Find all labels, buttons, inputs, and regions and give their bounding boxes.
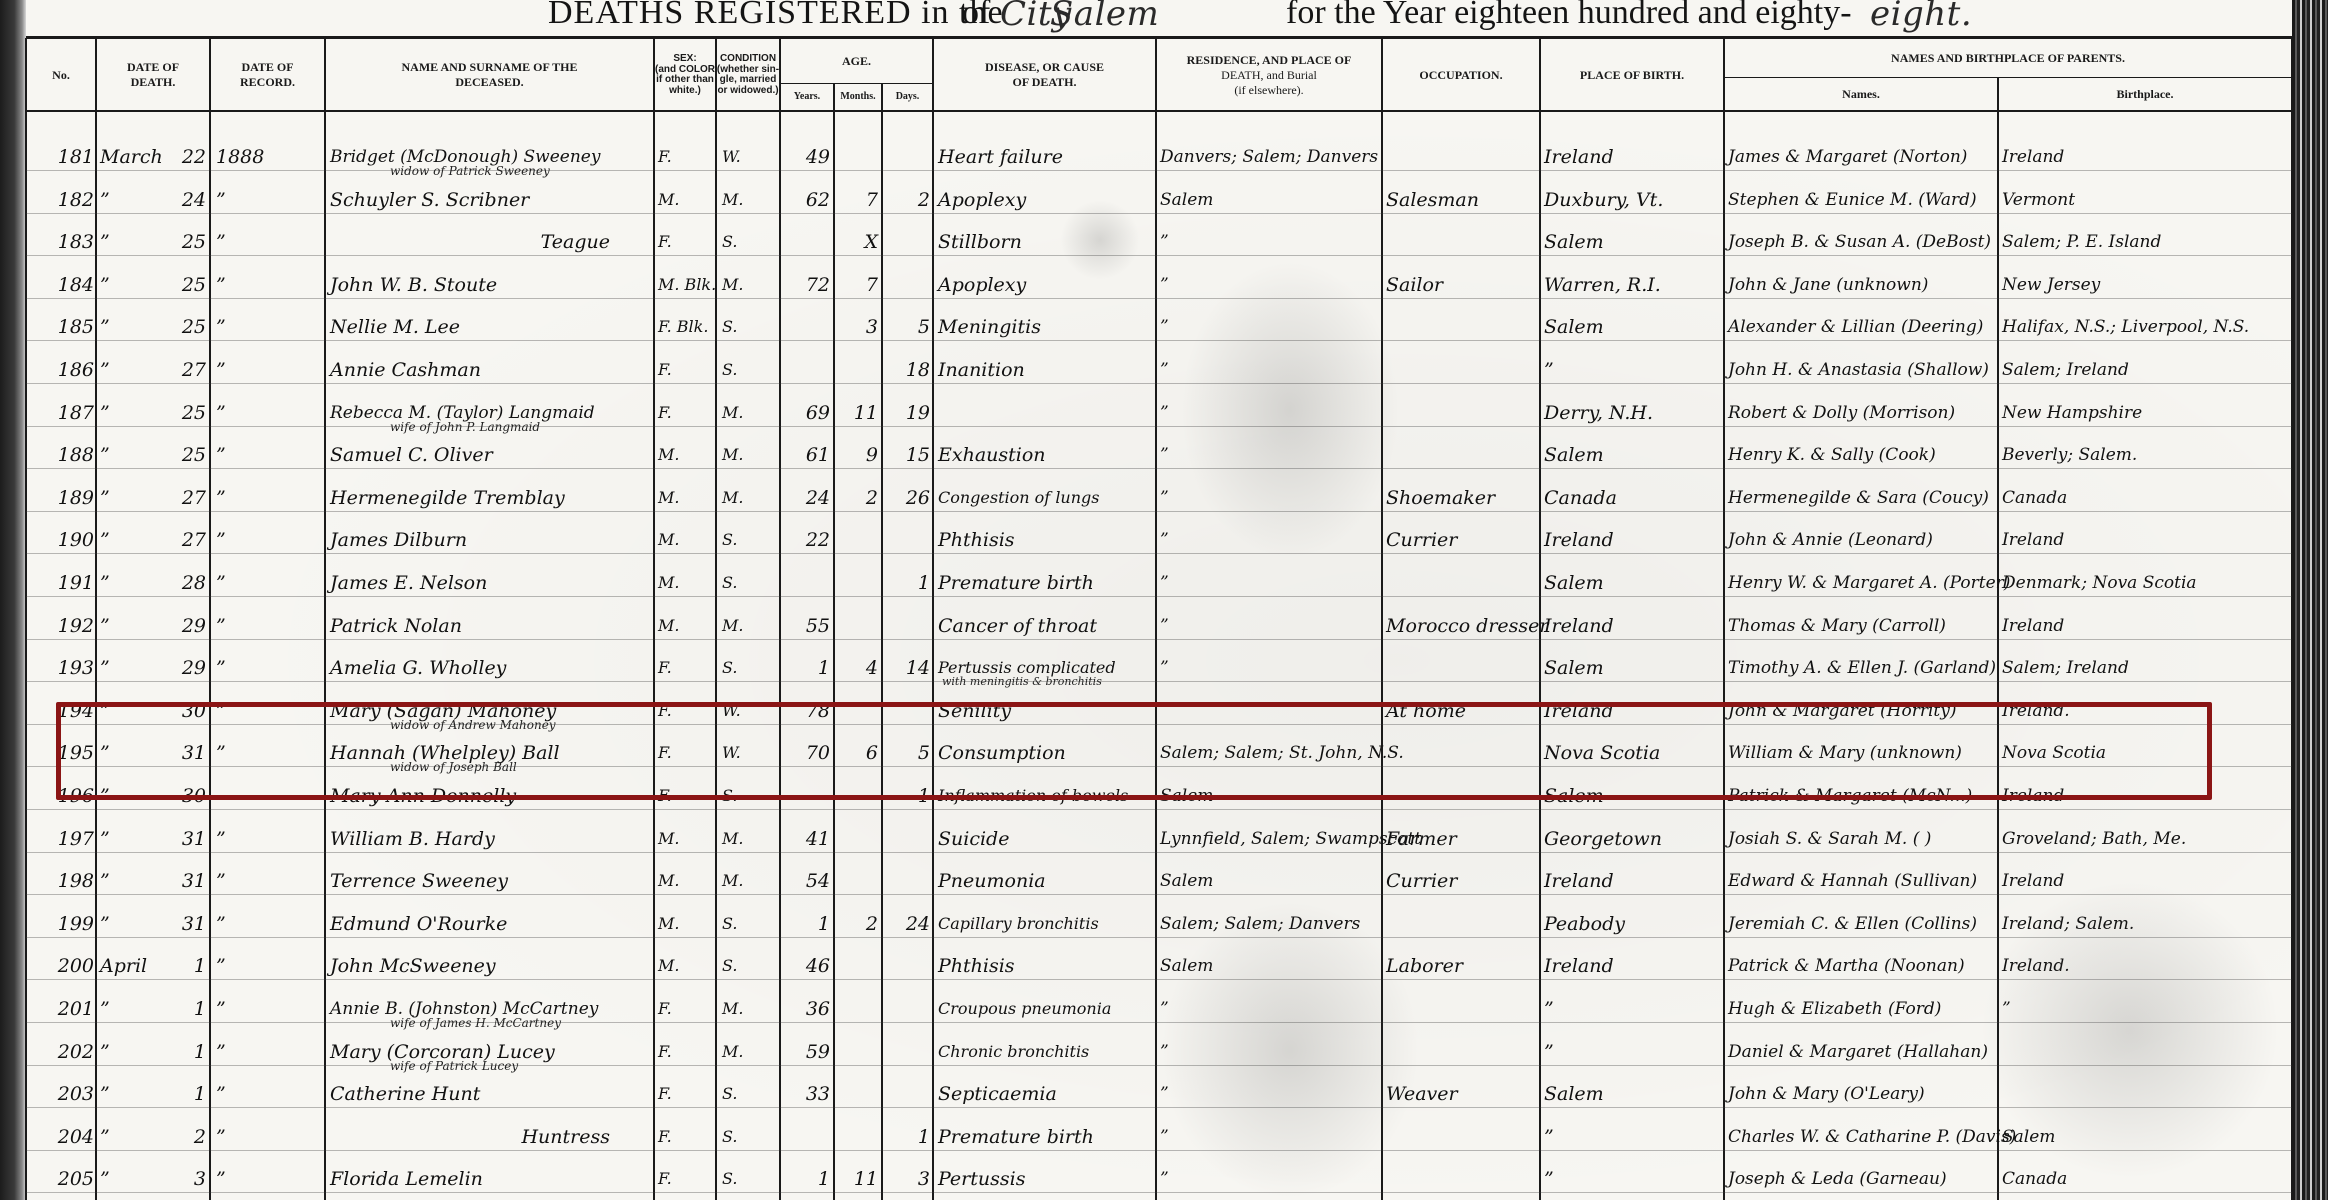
register-entry-row: 199”31”Edmund O'RourkeM.S.1224Capillary …	[0, 903, 2292, 945]
age-days	[882, 1031, 930, 1073]
residence: Salem	[1160, 860, 1380, 902]
entry-number: 195	[26, 732, 94, 774]
death-month: ”	[100, 1031, 160, 1073]
sex: M.	[658, 179, 714, 221]
entry-number: 194	[26, 690, 94, 732]
death-month: ”	[100, 903, 160, 945]
age-years: 36	[780, 988, 830, 1030]
cause-of-death: Inflammation of bowels	[938, 775, 1153, 817]
register-entry-row: 193”29”Amelia G. WholleyF.S.1414Pertussi…	[0, 647, 2292, 689]
entry-number: 185	[26, 306, 94, 348]
age-months	[834, 519, 878, 561]
condition: W.	[722, 136, 778, 178]
age-years: 49	[780, 136, 830, 178]
title-printed-of: of	[962, 0, 990, 32]
residence: ”	[1160, 519, 1380, 561]
occupation: Laborer	[1386, 945, 1538, 987]
register-entry-row: 182”24”Schuyler S. ScribnerM.M.6272Apopl…	[0, 179, 2292, 221]
age-years: 69	[780, 392, 830, 434]
cause-of-death: Inanition	[938, 349, 1153, 391]
deceased-name: Catherine Hunt	[330, 1073, 650, 1115]
record-date: ”	[216, 477, 316, 519]
death-day: 25	[160, 264, 206, 306]
parents-birthplace: Vermont	[2002, 179, 2290, 221]
age-days: 14	[882, 647, 930, 689]
death-month: ”	[100, 1073, 160, 1115]
register-entry-row: 189”27”Hermenegilde TremblayM.M.24226Con…	[0, 477, 2292, 519]
residence: Salem; Salem; St. John, N.S.	[1160, 732, 1380, 774]
residence: ”	[1160, 434, 1380, 476]
entry-number: 199	[26, 903, 94, 945]
death-month: ”	[100, 690, 160, 732]
residence: ”	[1160, 221, 1380, 263]
cause-of-death: Cancer of throat	[938, 605, 1153, 647]
title-printed-1: DEATHS REGISTERED in the	[548, 0, 1004, 32]
place-of-birth: Salem	[1544, 221, 1722, 263]
occupation	[1386, 136, 1538, 178]
deceased-name: Florida Lemelin	[330, 1158, 650, 1200]
condition: S.	[722, 1158, 778, 1200]
record-date: ”	[216, 519, 316, 561]
parents-names: Joseph B. & Susan A. (DeBost)	[1728, 221, 1996, 263]
age-days: 24	[882, 903, 930, 945]
parents-birthplace: Salem; P. E. Island	[2002, 221, 2290, 263]
death-month: ”	[100, 306, 160, 348]
deceased-name: Terrence Sweeney	[330, 860, 650, 902]
death-month: ”	[100, 775, 160, 817]
residence: Salem	[1160, 775, 1380, 817]
record-date: ”	[216, 945, 316, 987]
place-of-birth: Ireland	[1544, 605, 1722, 647]
sex: M.	[658, 903, 714, 945]
cause-of-death: Phthisis	[938, 945, 1153, 987]
condition: W.	[722, 690, 778, 732]
condition: M.	[722, 179, 778, 221]
parents-birthplace: Ireland	[2002, 136, 2290, 178]
parents-names: John & Mary (O'Leary)	[1728, 1073, 1996, 1115]
parents-names: Hermenegilde & Sara (Coucy)	[1728, 477, 1996, 519]
occupation: Weaver	[1386, 1073, 1538, 1115]
condition: M.	[722, 988, 778, 1030]
death-month: ”	[100, 1116, 160, 1158]
cause-of-death: Premature birth	[938, 562, 1153, 604]
header-date-of-record: DATE OFRECORD.	[210, 40, 325, 110]
age-months: 3	[834, 306, 878, 348]
death-month: ”	[100, 1158, 160, 1200]
occupation	[1386, 775, 1538, 817]
record-date: ”	[216, 988, 316, 1030]
register-entry-row: 200April1”John McSweeneyM.S.46PhthisisSa…	[0, 945, 2292, 987]
cause-of-death: Apoplexy	[938, 179, 1153, 221]
register-entry-row: 184”25”John W. B. StouteM. Blk.M.727Apop…	[0, 264, 2292, 306]
parents-birthplace: ”	[2002, 988, 2290, 1030]
death-day: 25	[160, 392, 206, 434]
death-day: 31	[160, 732, 206, 774]
title-hand-year: eight.	[1870, 0, 1972, 34]
age-years	[780, 306, 830, 348]
age-days	[882, 221, 930, 263]
sex: F.	[658, 647, 714, 689]
parents-names: John H. & Anastasia (Shallow)	[1728, 349, 1996, 391]
sex: M.	[658, 477, 714, 519]
condition: S.	[722, 775, 778, 817]
death-day: 30	[160, 775, 206, 817]
age-months: 11	[834, 1158, 878, 1200]
place-of-birth: ”	[1544, 988, 1722, 1030]
header-occupation: OCCUPATION.	[1382, 40, 1540, 110]
residence: ”	[1160, 392, 1380, 434]
age-days: 5	[882, 306, 930, 348]
place-of-birth: Salem	[1544, 562, 1722, 604]
deceased-name: Samuel C. Oliver	[330, 434, 650, 476]
header-condition: CONDITION(whether sin-gle, marriedor wid…	[716, 40, 780, 110]
register-entry-row: 188”25”Samuel C. OliverM.M.61915Exhausti…	[0, 434, 2292, 476]
record-date: ”	[216, 1031, 316, 1073]
sex: M.	[658, 818, 714, 860]
occupation	[1386, 732, 1538, 774]
place-of-birth: Salem	[1544, 1073, 1722, 1115]
sex: F. Blk.	[658, 306, 714, 348]
occupation: Sailor	[1386, 264, 1538, 306]
death-day: 22	[160, 136, 206, 178]
death-month: ”	[100, 605, 160, 647]
register-entry-row: 205”3”Florida LemelinF.S.1113Pertussis””…	[0, 1158, 2292, 1200]
deceased-name: John McSweeney	[330, 945, 650, 987]
age-days	[882, 605, 930, 647]
register-entry-row: 191”28”James E. NelsonM.S.1Premature bir…	[0, 562, 2292, 604]
parents-birthplace: Salem; Ireland	[2002, 647, 2290, 689]
entry-number: 186	[26, 349, 94, 391]
book-binding-right	[2292, 0, 2328, 1200]
entry-number: 188	[26, 434, 94, 476]
entry-number: 202	[26, 1031, 94, 1073]
age-months: 2	[834, 903, 878, 945]
deceased-name: Huntress	[330, 1116, 650, 1158]
death-day: 29	[160, 647, 206, 689]
death-day: 3	[160, 1158, 206, 1200]
place-of-birth: Ireland	[1544, 519, 1722, 561]
parents-names: John & Annie (Leonard)	[1728, 519, 1996, 561]
parents-names: William & Mary (unknown)	[1728, 732, 1996, 774]
cause-of-death: Apoplexy	[938, 264, 1153, 306]
parents-names: John & Jane (unknown)	[1728, 264, 1996, 306]
age-days: 3	[882, 1158, 930, 1200]
condition: S.	[722, 1073, 778, 1115]
residence: ”	[1160, 477, 1380, 519]
age-months: 6	[834, 732, 878, 774]
register-entry-row: 183”25”TeagueF.S.XStillborn”SalemJoseph …	[0, 221, 2292, 263]
register-entry-row: 194”30”Mary (Sagan) MahoneyF.W.78Senilit…	[0, 690, 2292, 732]
deceased-name: Schuyler S. Scribner	[330, 179, 650, 221]
parents-birthplace: New Hampshire	[2002, 392, 2290, 434]
sex: F.	[658, 988, 714, 1030]
deceased-name: Hermenegilde Tremblay	[330, 477, 650, 519]
death-day: 1	[160, 1073, 206, 1115]
deceased-name: Edmund O'Rourke	[330, 903, 650, 945]
parents-names: Jeremiah C. & Ellen (Collins)	[1728, 903, 1996, 945]
parents-names: Stephen & Eunice M. (Ward)	[1728, 179, 1996, 221]
residence: ”	[1160, 1031, 1380, 1073]
entry-number: 204	[26, 1116, 94, 1158]
age-months	[834, 136, 878, 178]
age-months	[834, 860, 878, 902]
age-years: 54	[780, 860, 830, 902]
sex: F.	[658, 1158, 714, 1200]
residence: ”	[1160, 264, 1380, 306]
age-months: X	[834, 221, 878, 263]
residence	[1160, 690, 1380, 732]
parents-birthplace: Ireland.	[2002, 690, 2290, 732]
parents-birthplace	[2002, 1031, 2290, 1073]
age-months	[834, 349, 878, 391]
sex: F.	[658, 392, 714, 434]
place-of-birth: Salem	[1544, 306, 1722, 348]
death-day: 24	[160, 179, 206, 221]
occupation: Farmer	[1386, 818, 1538, 860]
occupation	[1386, 221, 1538, 263]
place-of-birth: Ireland	[1544, 690, 1722, 732]
parents-names: Thomas & Mary (Carroll)	[1728, 605, 1996, 647]
death-month: ”	[100, 392, 160, 434]
parents-birthplace: Salem; Ireland	[2002, 349, 2290, 391]
parents-names: Robert & Dolly (Morrison)	[1728, 392, 1996, 434]
place-of-birth: ”	[1544, 1116, 1722, 1158]
place-of-birth: Ireland	[1544, 136, 1722, 178]
deceased-name: James E. Nelson	[330, 562, 650, 604]
header-bottom-rule	[26, 110, 2292, 112]
parents-birthplace: Salem	[2002, 1116, 2290, 1158]
register-entry-row: 195”31”Hannah (Whelpley) BallF.W.7065Con…	[0, 732, 2292, 774]
record-date: ”	[216, 434, 316, 476]
cause-of-death-note: with meningitis & bronchitis	[942, 675, 1102, 688]
parents-birthplace	[2002, 1073, 2290, 1115]
header-date-of-death: DATE OFDEATH.	[96, 40, 210, 110]
place-of-birth: Duxbury, Vt.	[1544, 179, 1722, 221]
entry-number: 187	[26, 392, 94, 434]
record-date	[216, 775, 316, 817]
place-of-birth: ”	[1544, 349, 1722, 391]
register-entry-row: 196”30Mary Ann DonnellyF.S.1Inflammation…	[0, 775, 2292, 817]
age-days	[882, 690, 930, 732]
sex: M.	[658, 945, 714, 987]
death-day: 27	[160, 349, 206, 391]
condition: M.	[722, 1031, 778, 1073]
parents-birthplace: Ireland.	[2002, 945, 2290, 987]
deceased-name: Teague	[330, 221, 650, 263]
age-years: 59	[780, 1031, 830, 1073]
condition: S.	[722, 562, 778, 604]
parents-names: Josiah S. & Sarah M. ( )	[1728, 818, 1996, 860]
deceased-name: John W. B. Stoute	[330, 264, 650, 306]
entry-number: 191	[26, 562, 94, 604]
age-years: 72	[780, 264, 830, 306]
register-entry-row: 192”29”Patrick NolanM.M.55Cancer of thro…	[0, 605, 2292, 647]
age-months	[834, 1031, 878, 1073]
sex: F.	[658, 1031, 714, 1073]
age-days: 1	[882, 775, 930, 817]
record-date: ”	[216, 647, 316, 689]
parents-birthplace: Ireland	[2002, 775, 2290, 817]
sex: M.	[658, 605, 714, 647]
place-of-birth: Salem	[1544, 647, 1722, 689]
place-of-birth: Ireland	[1544, 860, 1722, 902]
condition: M.	[722, 860, 778, 902]
age-years	[780, 1116, 830, 1158]
occupation	[1386, 647, 1538, 689]
parents-birthplace: Ireland	[2002, 860, 2290, 902]
death-day: 25	[160, 434, 206, 476]
record-date: ”	[216, 306, 316, 348]
death-day: 1	[160, 945, 206, 987]
place-of-birth: Derry, N.H.	[1544, 392, 1722, 434]
death-day: 27	[160, 519, 206, 561]
age-days	[882, 1073, 930, 1115]
occupation	[1386, 1031, 1538, 1073]
entry-number: 193	[26, 647, 94, 689]
record-date: ”	[216, 732, 316, 774]
record-date: ”	[216, 1116, 316, 1158]
age-days	[882, 519, 930, 561]
death-day: 29	[160, 605, 206, 647]
condition: S.	[722, 1116, 778, 1158]
parents-names: Joseph & Leda (Garneau)	[1728, 1158, 1996, 1200]
parents-names: Henry K. & Sally (Cook)	[1728, 434, 1996, 476]
condition: S.	[722, 945, 778, 987]
record-date: ”	[216, 264, 316, 306]
age-days: 18	[882, 349, 930, 391]
register-entry-row: 204”2”HuntressF.S.1Premature birth””Char…	[0, 1116, 2292, 1158]
parents-birthplace: Ireland	[2002, 605, 2290, 647]
age-days	[882, 860, 930, 902]
age-months	[834, 1116, 878, 1158]
death-month: ”	[100, 988, 160, 1030]
place-of-birth: Georgetown	[1544, 818, 1722, 860]
cause-of-death: Meningitis	[938, 306, 1153, 348]
age-years	[780, 775, 830, 817]
parents-birthplace: Beverly; Salem.	[2002, 434, 2290, 476]
age-years: 33	[780, 1073, 830, 1115]
death-month: March	[100, 136, 160, 178]
cause-of-death: Chronic bronchitis	[938, 1031, 1153, 1073]
cause-of-death: Pertussis	[938, 1158, 1153, 1200]
death-day: 28	[160, 562, 206, 604]
register-entry-row: 203”1”Catherine HuntF.S.33Septicaemia”We…	[0, 1073, 2292, 1115]
condition: S.	[722, 306, 778, 348]
death-day: 31	[160, 903, 206, 945]
age-years: 46	[780, 945, 830, 987]
deceased-name: Amelia G. Wholley	[330, 647, 650, 689]
death-month: ”	[100, 732, 160, 774]
age-years: 41	[780, 818, 830, 860]
condition: M.	[722, 818, 778, 860]
occupation	[1386, 988, 1538, 1030]
entry-number: 190	[26, 519, 94, 561]
residence: ”	[1160, 306, 1380, 348]
header-parents-names: Names.	[1724, 78, 1998, 110]
sex: M.	[658, 562, 714, 604]
age-months: 9	[834, 434, 878, 476]
death-month: ”	[100, 477, 160, 519]
death-day: 1	[160, 988, 206, 1030]
record-date: ”	[216, 562, 316, 604]
condition: S.	[722, 349, 778, 391]
parents-birthplace: New Jersey	[2002, 264, 2290, 306]
death-month: ”	[100, 264, 160, 306]
residence: Salem; Salem; Danvers	[1160, 903, 1380, 945]
occupation: Shoemaker	[1386, 477, 1538, 519]
sex: M. Blk.	[658, 264, 714, 306]
death-day: 25	[160, 306, 206, 348]
register-entry-row: 187”25”Rebecca M. (Taylor) LangmaidF.M.6…	[0, 392, 2292, 434]
death-month: ”	[100, 818, 160, 860]
occupation	[1386, 392, 1538, 434]
death-month: ”	[100, 434, 160, 476]
condition: M.	[722, 477, 778, 519]
record-date: ”	[216, 818, 316, 860]
parents-names: Charles W. & Catharine P. (Davis)	[1728, 1116, 1996, 1158]
condition: M.	[722, 392, 778, 434]
entry-number: 196	[26, 775, 94, 817]
occupation	[1386, 1158, 1538, 1200]
place-of-birth: ”	[1544, 1158, 1722, 1200]
deceased-spouse-note: widow of Andrew Mahoney	[390, 718, 556, 732]
parents-birthplace: Groveland; Bath, Me.	[2002, 818, 2290, 860]
death-month: ”	[100, 860, 160, 902]
cause-of-death: Pneumonia	[938, 860, 1153, 902]
sex: M.	[658, 519, 714, 561]
parents-names: Daniel & Margaret (Hallahan)	[1728, 1031, 1996, 1073]
sex: F.	[658, 1116, 714, 1158]
age-years: 61	[780, 434, 830, 476]
age-years: 1	[780, 903, 830, 945]
age-days: 2	[882, 179, 930, 221]
occupation: Currier	[1386, 860, 1538, 902]
header-no: No.	[26, 40, 96, 110]
age-days: 1	[882, 562, 930, 604]
sex: F.	[658, 1073, 714, 1115]
residence: Salem	[1160, 945, 1380, 987]
age-months	[834, 988, 878, 1030]
age-months	[834, 818, 878, 860]
age-months	[834, 605, 878, 647]
occupation: At home	[1386, 690, 1538, 732]
age-months: 11	[834, 392, 878, 434]
header-parents-birthplace: Birthplace.	[1998, 78, 2292, 110]
death-month: ”	[100, 221, 160, 263]
residence: Lynnfield, Salem; Swampscott	[1160, 818, 1380, 860]
title-printed-3: for the Year eighteen hundred and eighty…	[1286, 0, 1852, 32]
cause-of-death: Consumption	[938, 732, 1153, 774]
header-sex: SEX:(and COLORif other thanwhite.)	[654, 40, 716, 110]
header-name: NAME AND SURNAME OF THEDECEASED.	[325, 40, 654, 110]
age-years: 24	[780, 477, 830, 519]
parents-birthplace: Canada	[2002, 477, 2290, 519]
death-day: 31	[160, 818, 206, 860]
register-entry-row: 201”1”Annie B. (Johnston) McCartneyF.M.3…	[0, 988, 2292, 1030]
age-days	[882, 988, 930, 1030]
header-age-months: Months.	[834, 84, 882, 110]
age-months	[834, 690, 878, 732]
header-disease: DISEASE, OR CAUSEOF DEATH.	[933, 40, 1156, 110]
death-month: ”	[100, 562, 160, 604]
deceased-spouse-note: wife of John P. Langmaid	[390, 420, 540, 434]
header-top-rule	[26, 36, 2292, 39]
header-place-of-birth: PLACE OF BIRTH.	[1540, 40, 1724, 110]
death-day: 31	[160, 860, 206, 902]
age-days: 26	[882, 477, 930, 519]
place-of-birth: Peabody	[1544, 903, 1722, 945]
parents-birthplace: Denmark; Nova Scotia	[2002, 562, 2290, 604]
